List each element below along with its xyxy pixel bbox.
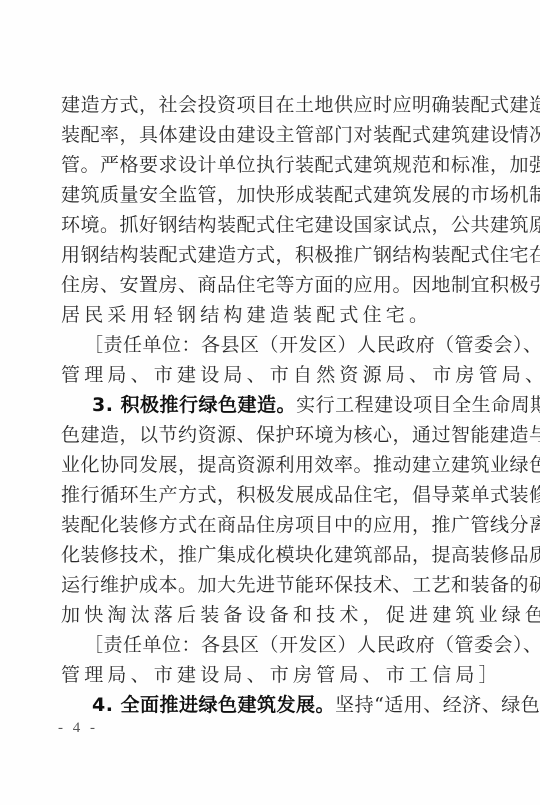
body-line: 住房、安置房、商品住宅等方面的应用。因地制宜积极引导农村 <box>61 270 497 300</box>
body-line: 环境。抓好钢结构装配式住宅建设国家试点，公共建筑原则上采 <box>61 210 497 240</box>
body-line: 建造方式，社会投资项目在土地供应时应明确装配式建造比例和 <box>61 90 497 120</box>
body-line: 建筑质量安全监管，加快形成装配式建筑发展的市场机制和发展 <box>61 180 497 210</box>
body-line: 运行维护成本。加大先进节能环保技术、工艺和装备的研发力度， <box>61 570 497 600</box>
body-line: 色建造，以节约资源、保护环境为核心，通过智能建造与建筑工 <box>61 420 497 450</box>
section-3-heading: 3. 积极推行绿色建造。 <box>92 394 296 416</box>
section-3-first-line: 3. 积极推行绿色建造。实行工程建设项目全生命周期内的绿 <box>92 390 497 420</box>
section-3-text: 实行工程建设项目全生命周期内的绿 <box>296 394 540 416</box>
body-line: 推行循环生产方式，积极发展成品住宅，倡导菜单式装修。推进 <box>61 480 497 510</box>
responsibility-note-line: 管理局、市建设局、市自然资源局、市房管局、市工信局］ <box>61 360 497 390</box>
page-number: - 4 - <box>58 718 98 738</box>
body-line: 业化协同发展，提高资源利用效率。推动建立建筑业绿色供应链， <box>61 450 497 480</box>
responsibility-note-line: ［责任单位：各县区（开发区）人民政府（管委会）、湾里 <box>84 630 497 660</box>
body-line: 装配化装修方式在商品住房项目中的应用，推广管线分离、一体 <box>61 510 497 540</box>
section-4-first-line: 4. 全面推进绿色建筑发展。坚持“适用、经济、绿色、美观” <box>92 690 497 720</box>
responsibility-note-line: ［责任单位：各县区（开发区）人民政府（管委会）、湾里 <box>84 330 497 360</box>
body-line: 用钢结构装配式建造方式，积极推广钢结构装配式住宅在保障性 <box>61 240 497 270</box>
body-line: 化装修技术，推广集成化模块化建筑部品，提高装修品质，降低 <box>61 540 497 570</box>
responsibility-note-line: 管理局、市建设局、市房管局、市工信局］ <box>61 660 497 690</box>
body-line: 加快淘汰落后装备设备和技术，促进建筑业绿色改造升级。 <box>61 600 497 630</box>
body-line: 居民采用轻钢结构建造装配式住宅。 <box>61 300 497 330</box>
document-page: 建造方式，社会投资项目在土地供应时应明确装配式建造比例和 装配率，具体建设由建设… <box>0 0 540 805</box>
section-4-heading: 4. 全面推进绿色建筑发展。 <box>92 694 335 716</box>
section-4-text: 坚持“适用、经济、绿色、美观” <box>335 694 540 716</box>
body-line: 管。严格要求设计单位执行装配式建筑规范和标准，加强装配式 <box>61 150 497 180</box>
body-line: 装配率，具体建设由建设主管部门对装配式建筑建设情况实施监 <box>61 120 497 150</box>
